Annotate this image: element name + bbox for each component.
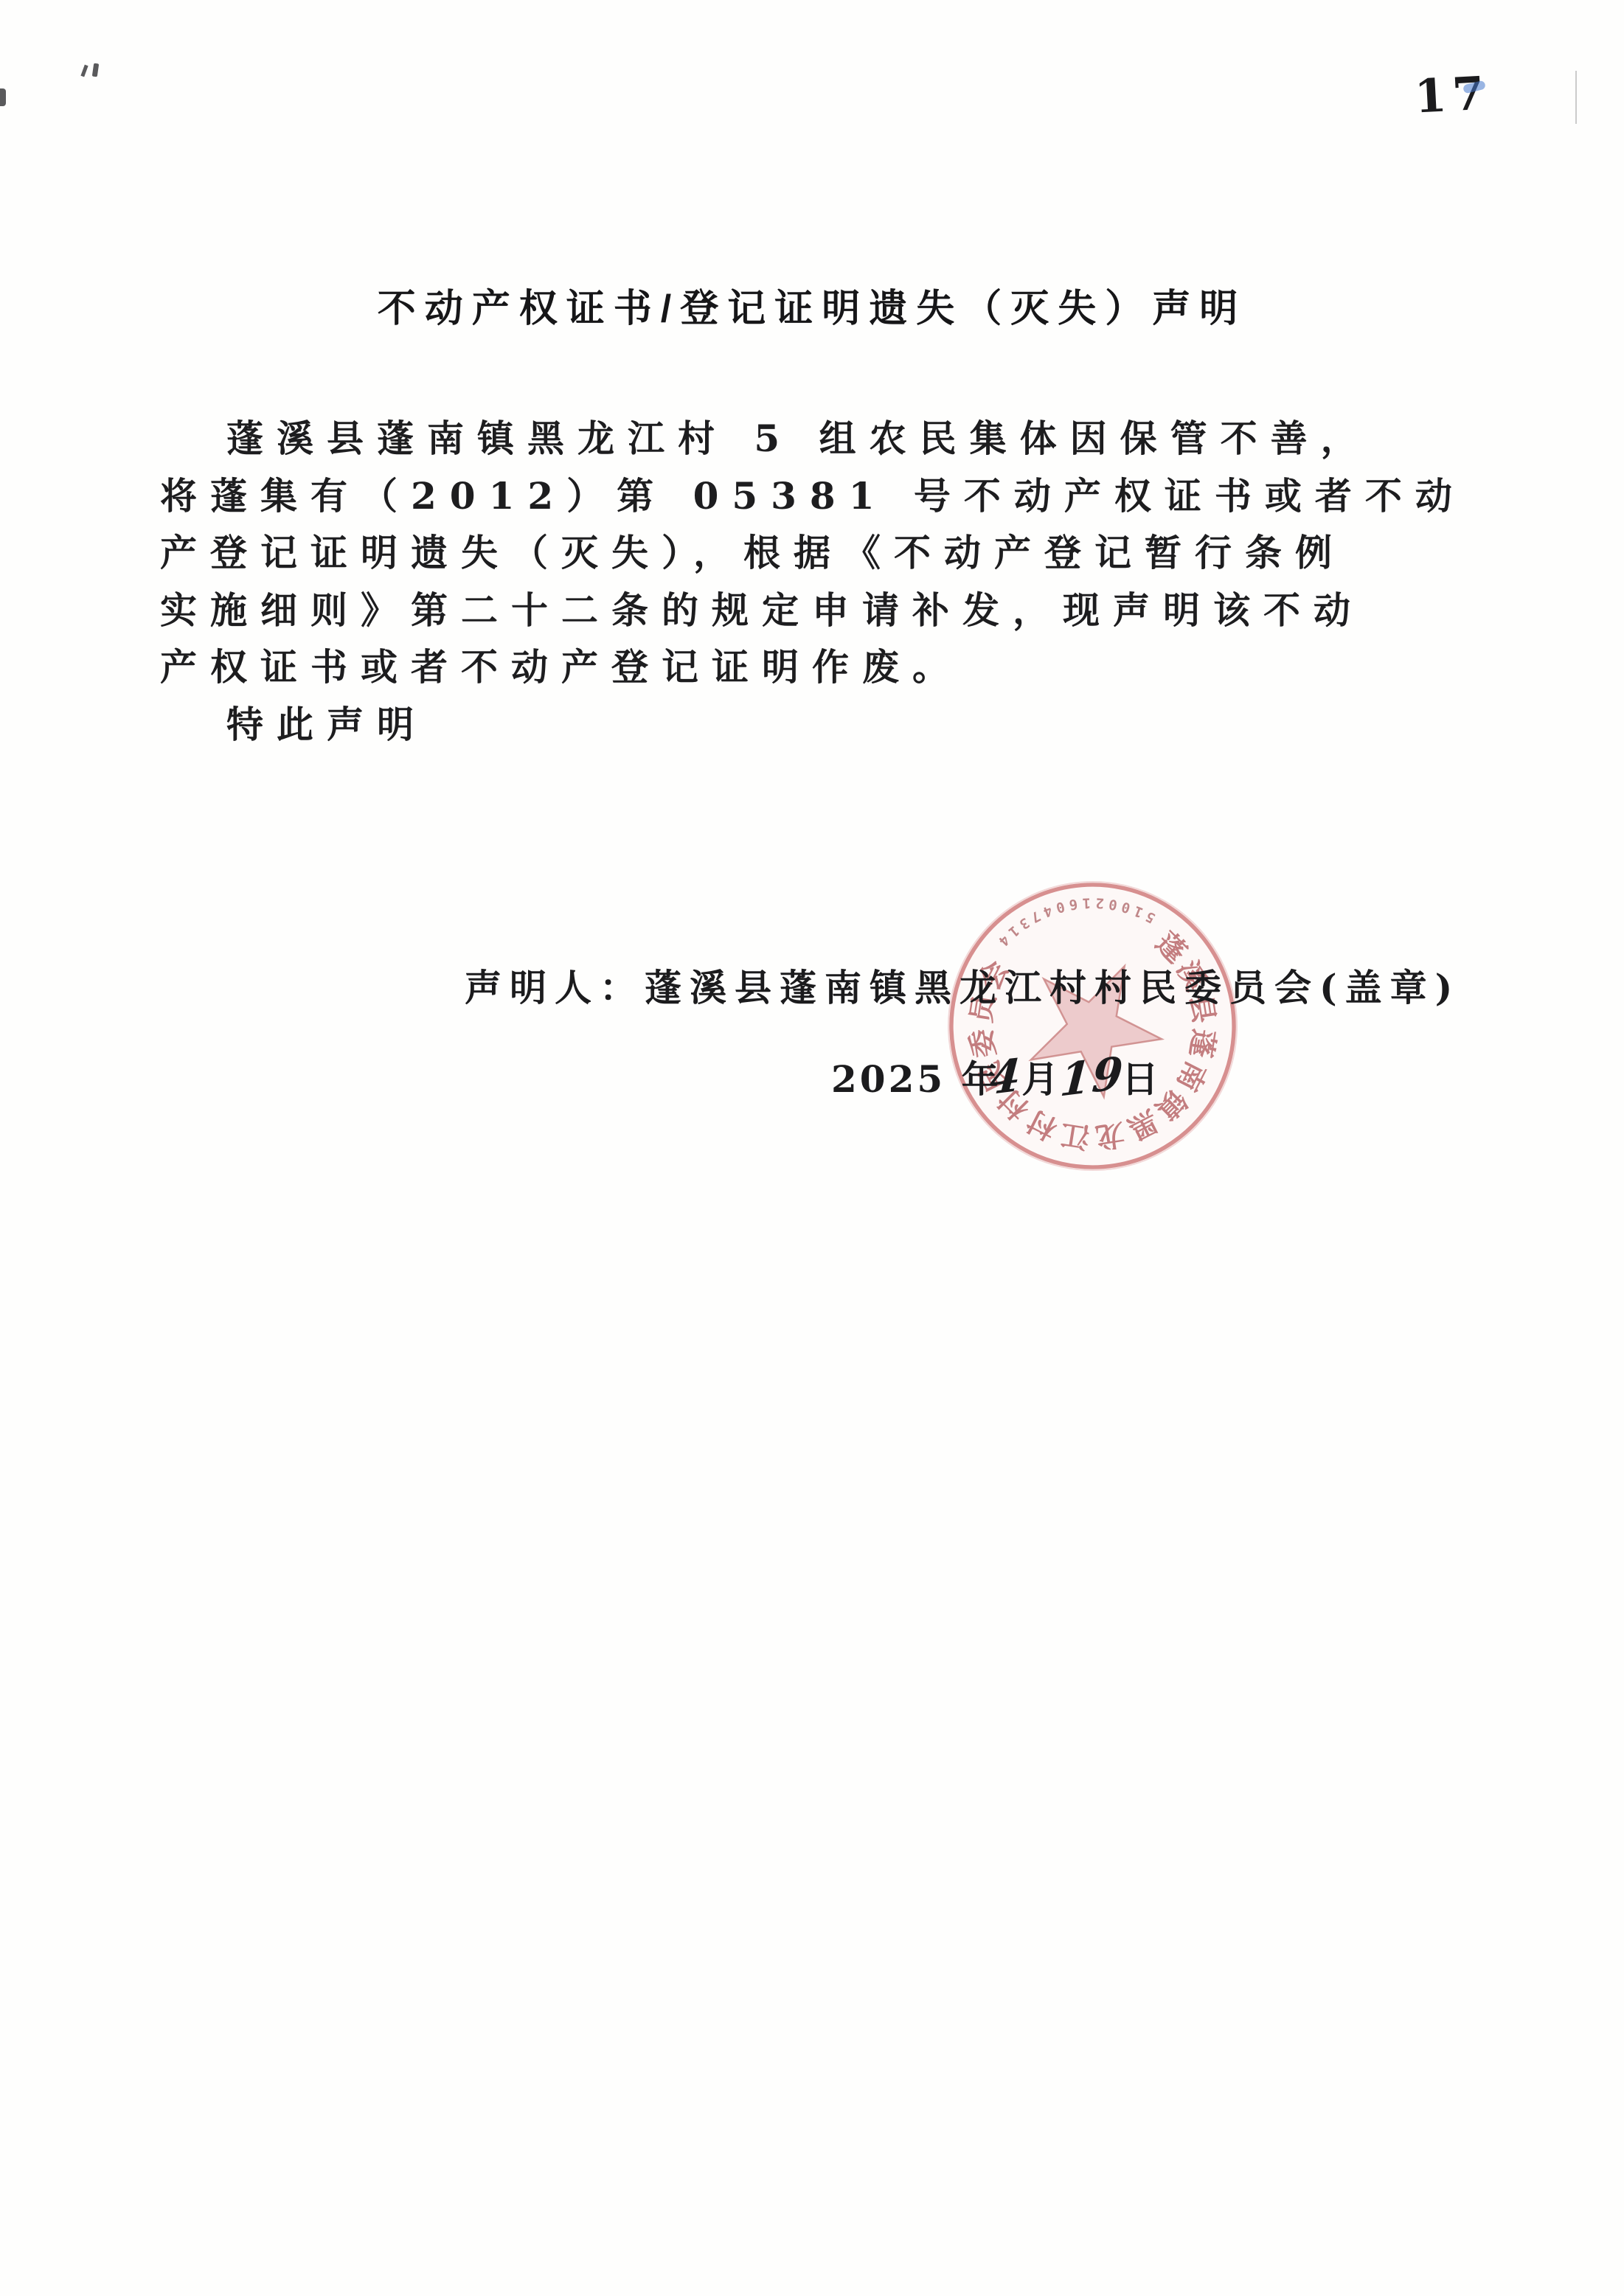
- date-day-unit: 日: [1122, 1057, 1162, 1101]
- seal-ring-char: 江: [1058, 1116, 1092, 1154]
- scan-artifact: [92, 63, 99, 77]
- date-year: 2025 年: [831, 1057, 1002, 1101]
- date-line: 2025 年4月19日: [831, 1050, 1162, 1103]
- date-month-handwritten: 4: [988, 1049, 1024, 1106]
- page-number: 17: [1413, 66, 1491, 123]
- scan-artifact: [80, 65, 88, 77]
- seal-code-digit: 2: [1095, 894, 1105, 911]
- body-line: 产登记证明遗失（灭失），根据《不动产登记暂行条例: [160, 524, 1458, 582]
- document-title: 不动产权证书/登记证明遗失（灭失）声明: [0, 277, 1624, 333]
- signature-line: 声明人：蓬溪县蓬南镇黑龙江村村民委员会(盖章): [465, 959, 1460, 1012]
- body-line-closing: 特此声明: [160, 696, 1458, 754]
- seal-code-digit: 1: [1082, 894, 1091, 911]
- date-day-handwritten: 19: [1058, 1047, 1126, 1107]
- body-line: 蓬溪县蓬南镇黑龙江村 5 组农民集体因保管不善，: [160, 410, 1458, 467]
- official-stamp: 蓬溪县蓬南镇黑龙江村村民委员会5100216047314: [946, 880, 1239, 1172]
- body-line: 产权证书或者不动产登记证明作废。: [160, 639, 1458, 696]
- body-paragraph: 蓬溪县蓬南镇黑龙江村 5 组农民集体因保管不善， 将蓬集有（2012）第 053…: [160, 410, 1458, 753]
- date-month-unit: 月: [1021, 1057, 1061, 1101]
- seal-ring-char: 龙: [1093, 1116, 1126, 1153]
- scan-artifact: [0, 88, 6, 106]
- body-line: 实施细则》第二十二条的规定申请补发，现声明该不动: [160, 582, 1458, 639]
- document-scan: 17 不动产权证书/登记证明遗失（灭失）声明 蓬溪县蓬南镇黑龙江村 5 组农民集…: [0, 0, 1624, 2296]
- body-line: 将蓬集有（2012）第 05381 号不动产权证书或者不动: [160, 467, 1458, 525]
- seal-ring-char: 蓬: [1183, 1026, 1220, 1060]
- scan-artifact: [1575, 71, 1577, 124]
